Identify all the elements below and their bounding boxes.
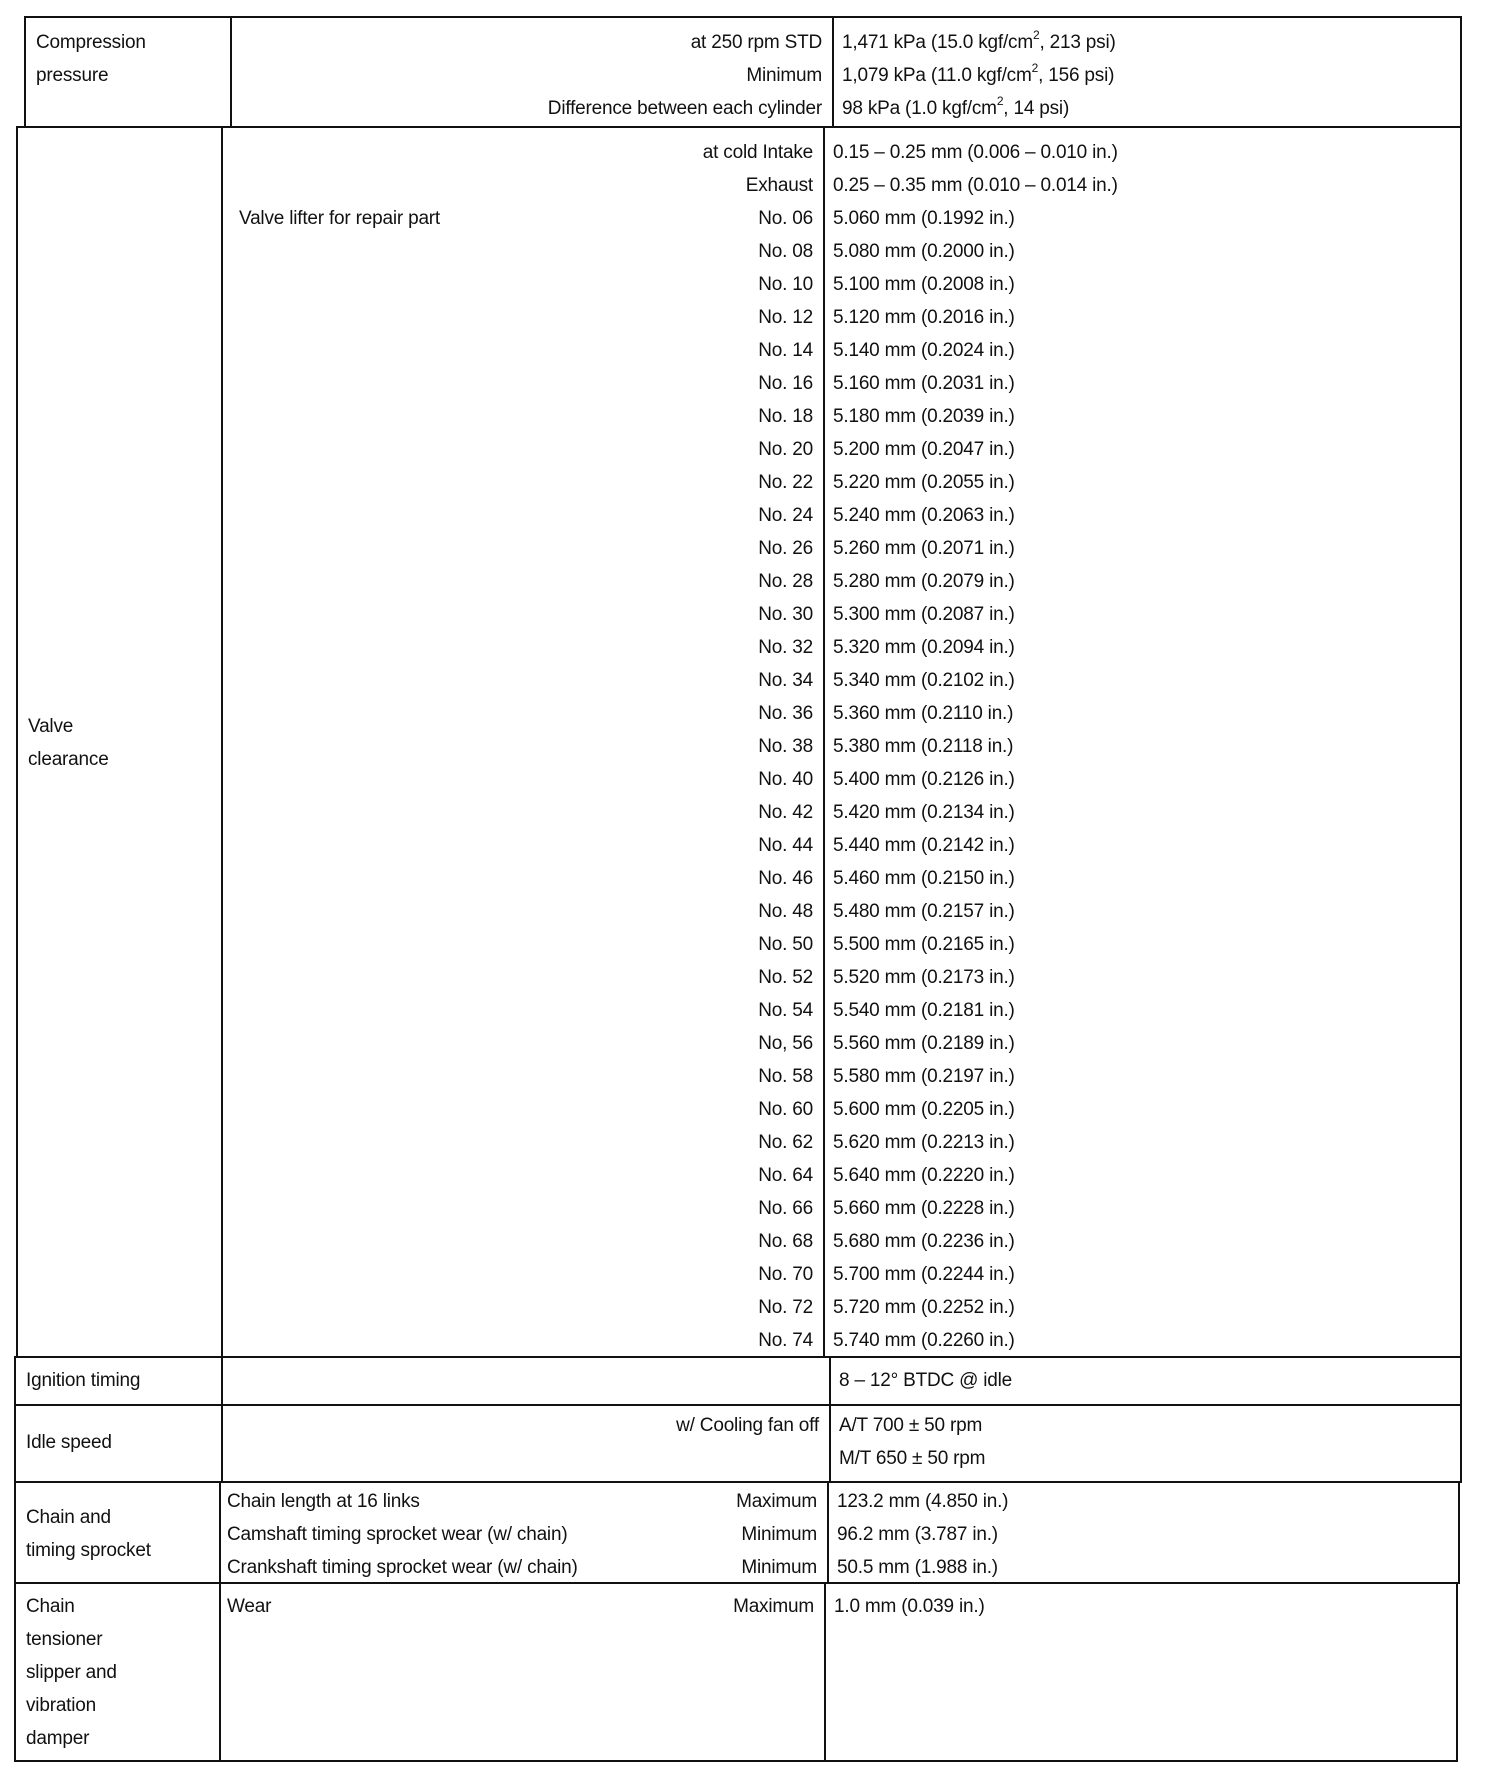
row-value: 8 – 12° BTDC @ idle [839, 1364, 1012, 1397]
item-label: Chaintensionerslipper andvibrationdamper [26, 1590, 117, 1755]
row-condition: Minimum [741, 1551, 817, 1584]
row-condition: Exhaust [746, 169, 813, 202]
row-value: 5.160 mm (0.2031 in.) [833, 367, 1015, 400]
column-divider-value [823, 126, 825, 1356]
row-condition: No. 34 [758, 664, 813, 697]
column-divider-item [221, 1356, 223, 1404]
row-value: 5.440 mm (0.2142 in.) [833, 829, 1015, 862]
row-condition: No. 62 [758, 1126, 813, 1159]
row-condition: No. 32 [758, 631, 813, 664]
row-value: 5.240 mm (0.2063 in.) [833, 499, 1015, 532]
row-value: 5.720 mm (0.2252 in.) [833, 1291, 1015, 1324]
item-label: Chain andtiming sprocket [26, 1501, 151, 1567]
item-label: Ignition timing [26, 1364, 140, 1397]
row-condition: No. 44 [758, 829, 813, 862]
column-divider-item [230, 16, 232, 126]
item-label: Idle speed [26, 1426, 112, 1459]
row-condition: No. 30 [758, 598, 813, 631]
row-condition: No. 50 [758, 928, 813, 961]
row-condition: No. 12 [758, 301, 813, 334]
column-divider-item [219, 1481, 221, 1582]
row-value: 5.620 mm (0.2213 in.) [833, 1126, 1015, 1159]
row-value: 5.560 mm (0.2189 in.) [833, 1027, 1015, 1060]
row-value: 5.380 mm (0.2118 in.) [833, 730, 1013, 763]
item-label: Compressionpressure [36, 26, 146, 92]
row-value: 5.580 mm (0.2197 in.) [833, 1060, 1015, 1093]
column-divider-value [827, 1481, 829, 1582]
row-condition: No. 26 [758, 532, 813, 565]
column-divider-item [221, 126, 223, 1356]
row-label: Wear [227, 1590, 271, 1623]
row-label: Crankshaft timing sprocket wear (w/ chai… [227, 1551, 578, 1584]
row-condition: No. 14 [758, 334, 813, 367]
section-valve-clearance [16, 126, 1462, 1358]
row-condition: Maximum [736, 1485, 817, 1518]
row-condition: No. 06 [758, 202, 813, 235]
spec-table: Compressionpressureat 250 rpm STD1,471 k… [0, 0, 1504, 1774]
row-value: 5.640 mm (0.2220 in.) [833, 1159, 1015, 1192]
row-value: 1.0 mm (0.039 in.) [834, 1590, 985, 1623]
row-condition: No. 64 [758, 1159, 813, 1192]
row-condition: No. 72 [758, 1291, 813, 1324]
column-divider-value [829, 1404, 831, 1481]
row-value: 5.700 mm (0.2244 in.) [833, 1258, 1015, 1291]
column-divider-item [219, 1582, 221, 1760]
row-value: 5.400 mm (0.2126 in.) [833, 763, 1015, 796]
row-condition: Maximum [733, 1590, 814, 1623]
row-value: 5.520 mm (0.2173 in.) [833, 961, 1015, 994]
row-condition: No. 20 [758, 433, 813, 466]
row-value: 0.25 – 0.35 mm (0.010 – 0.014 in.) [833, 169, 1118, 202]
row-value: 0.15 – 0.25 mm (0.006 – 0.010 in.) [833, 136, 1118, 169]
row-condition: No. 60 [758, 1093, 813, 1126]
row-value: 5.260 mm (0.2071 in.) [833, 532, 1015, 565]
item-label: Valveclearance [28, 710, 109, 776]
row-condition: No. 74 [758, 1324, 813, 1357]
row-value: 5.120 mm (0.2016 in.) [833, 301, 1015, 334]
row-condition: No. 52 [758, 961, 813, 994]
row-condition: No. 28 [758, 565, 813, 598]
row-value: M/T 650 ± 50 rpm [839, 1442, 985, 1475]
row-value: 5.480 mm (0.2157 in.) [833, 895, 1015, 928]
row-value: 5.100 mm (0.2008 in.) [833, 268, 1015, 301]
row-condition: Difference between each cylinder [548, 92, 822, 125]
row-condition: No. 40 [758, 763, 813, 796]
row-condition: No. 16 [758, 367, 813, 400]
row-value: 5.340 mm (0.2102 in.) [833, 664, 1015, 697]
row-condition: No. 46 [758, 862, 813, 895]
row-value: 5.200 mm (0.2047 in.) [833, 433, 1015, 466]
row-value: 5.740 mm (0.2260 in.) [833, 1324, 1015, 1357]
row-condition: at 250 rpm STD [691, 26, 822, 59]
column-divider-value [824, 1582, 826, 1760]
row-condition: No. 48 [758, 895, 813, 928]
row-value: 5.220 mm (0.2055 in.) [833, 466, 1015, 499]
row-condition: No. 70 [758, 1258, 813, 1291]
row-value: 5.300 mm (0.2087 in.) [833, 598, 1015, 631]
row-value: 96.2 mm (3.787 in.) [837, 1518, 998, 1551]
row-value: 5.660 mm (0.2228 in.) [833, 1192, 1015, 1225]
row-label: Chain length at 16 links [227, 1485, 420, 1518]
row-condition: Minimum [741, 1518, 817, 1551]
row-value: 5.420 mm (0.2134 in.) [833, 796, 1015, 829]
row-value: 98 kPa (1.0 kgf/cm2, 14 psi) [842, 92, 1069, 125]
column-divider-value [832, 16, 834, 126]
row-condition: No. 58 [758, 1060, 813, 1093]
row-value: 50.5 mm (1.988 in.) [837, 1551, 998, 1584]
row-value: 5.140 mm (0.2024 in.) [833, 334, 1015, 367]
row-condition: No. 08 [758, 235, 813, 268]
column-divider-value [829, 1356, 831, 1404]
row-value: 5.600 mm (0.2205 in.) [833, 1093, 1015, 1126]
row-value: 1,471 kPa (15.0 kgf/cm2, 213 psi) [842, 26, 1116, 59]
row-condition: No. 10 [758, 268, 813, 301]
row-value: A/T 700 ± 50 rpm [839, 1409, 982, 1442]
row-value: 5.060 mm (0.1992 in.) [833, 202, 1015, 235]
row-value: 123.2 mm (4.850 in.) [837, 1485, 1008, 1518]
row-value: 5.500 mm (0.2165 in.) [833, 928, 1015, 961]
column-divider-item [221, 1404, 223, 1481]
row-condition: No, 56 [758, 1027, 813, 1060]
row-value: 5.280 mm (0.2079 in.) [833, 565, 1015, 598]
row-condition: No. 36 [758, 697, 813, 730]
row-condition: No. 66 [758, 1192, 813, 1225]
row-value: 5.320 mm (0.2094 in.) [833, 631, 1015, 664]
section-ignition-timing [14, 1356, 1462, 1406]
row-value: 5.540 mm (0.2181 in.) [833, 994, 1015, 1027]
row-condition: No. 38 [758, 730, 813, 763]
row-condition: No. 54 [758, 994, 813, 1027]
row-value: 1,079 kPa (11.0 kgf/cm2, 156 psi) [842, 59, 1114, 92]
row-condition: No. 24 [758, 499, 813, 532]
row-condition: No. 42 [758, 796, 813, 829]
row-condition: No. 22 [758, 466, 813, 499]
row-condition: at cold Intake [703, 136, 813, 169]
row-value: 5.460 mm (0.2150 in.) [833, 862, 1015, 895]
row-condition: Minimum [746, 59, 822, 92]
row-condition: w/ Cooling fan off [676, 1409, 819, 1442]
row-value: 5.360 mm (0.2110 in.) [833, 697, 1013, 730]
sub-label: Valve lifter for repair part [239, 202, 440, 235]
row-value: 5.080 mm (0.2000 in.) [833, 235, 1015, 268]
row-condition: No. 18 [758, 400, 813, 433]
row-condition: No. 68 [758, 1225, 813, 1258]
row-label: Camshaft timing sprocket wear (w/ chain) [227, 1518, 567, 1551]
row-value: 5.180 mm (0.2039 in.) [833, 400, 1015, 433]
row-value: 5.680 mm (0.2236 in.) [833, 1225, 1015, 1258]
